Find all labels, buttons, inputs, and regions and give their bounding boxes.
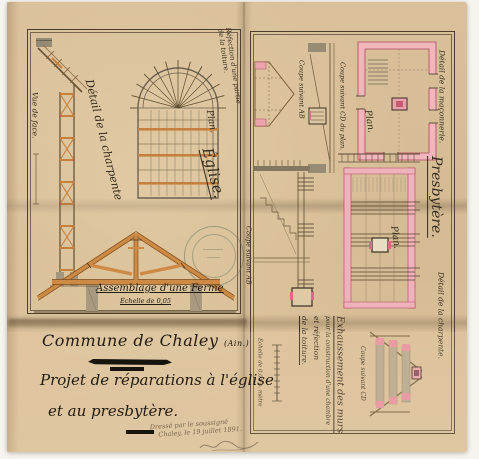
coupe-ab-mid-label: Coupe suivant AB xyxy=(244,226,251,308)
framing-section-drawing xyxy=(252,158,314,310)
truss-caption: Assemblage d'une Ferme xyxy=(96,283,224,294)
project-title-line1: Projet de réparations à l'église xyxy=(40,371,274,389)
lower-flap-tone xyxy=(7,332,467,452)
commune-title: Commune de Chaley xyxy=(42,331,218,350)
gable-outline-drawing xyxy=(252,56,298,134)
title-flourish-bar-small xyxy=(110,367,144,371)
title-flourish-bar xyxy=(88,359,172,365)
commune-department: (Ain.) xyxy=(224,339,249,348)
joist-plan-drawing xyxy=(336,150,424,312)
presbytere-section-label: Presbytère. xyxy=(428,156,444,270)
maconnerie-detail-label: Détail de la maçonnerie. xyxy=(437,50,446,164)
signature xyxy=(198,436,262,454)
scanned-drawing-sheet: Vue de face. Détail de la charpente xyxy=(0,0,479,459)
truss-scale: Échelle de 0,05 xyxy=(120,297,171,305)
floor-plan-drawing xyxy=(354,38,442,164)
vue-de-face-label: Vue de face. xyxy=(30,92,39,148)
coupe-ab-top-label: Coupe suivant AB xyxy=(297,60,304,142)
fold-shadow-left xyxy=(9,319,247,327)
title-commune-line: Commune de Chaley (Ain.) xyxy=(42,331,249,350)
project-title-line2: et au presbytère. xyxy=(48,402,178,420)
